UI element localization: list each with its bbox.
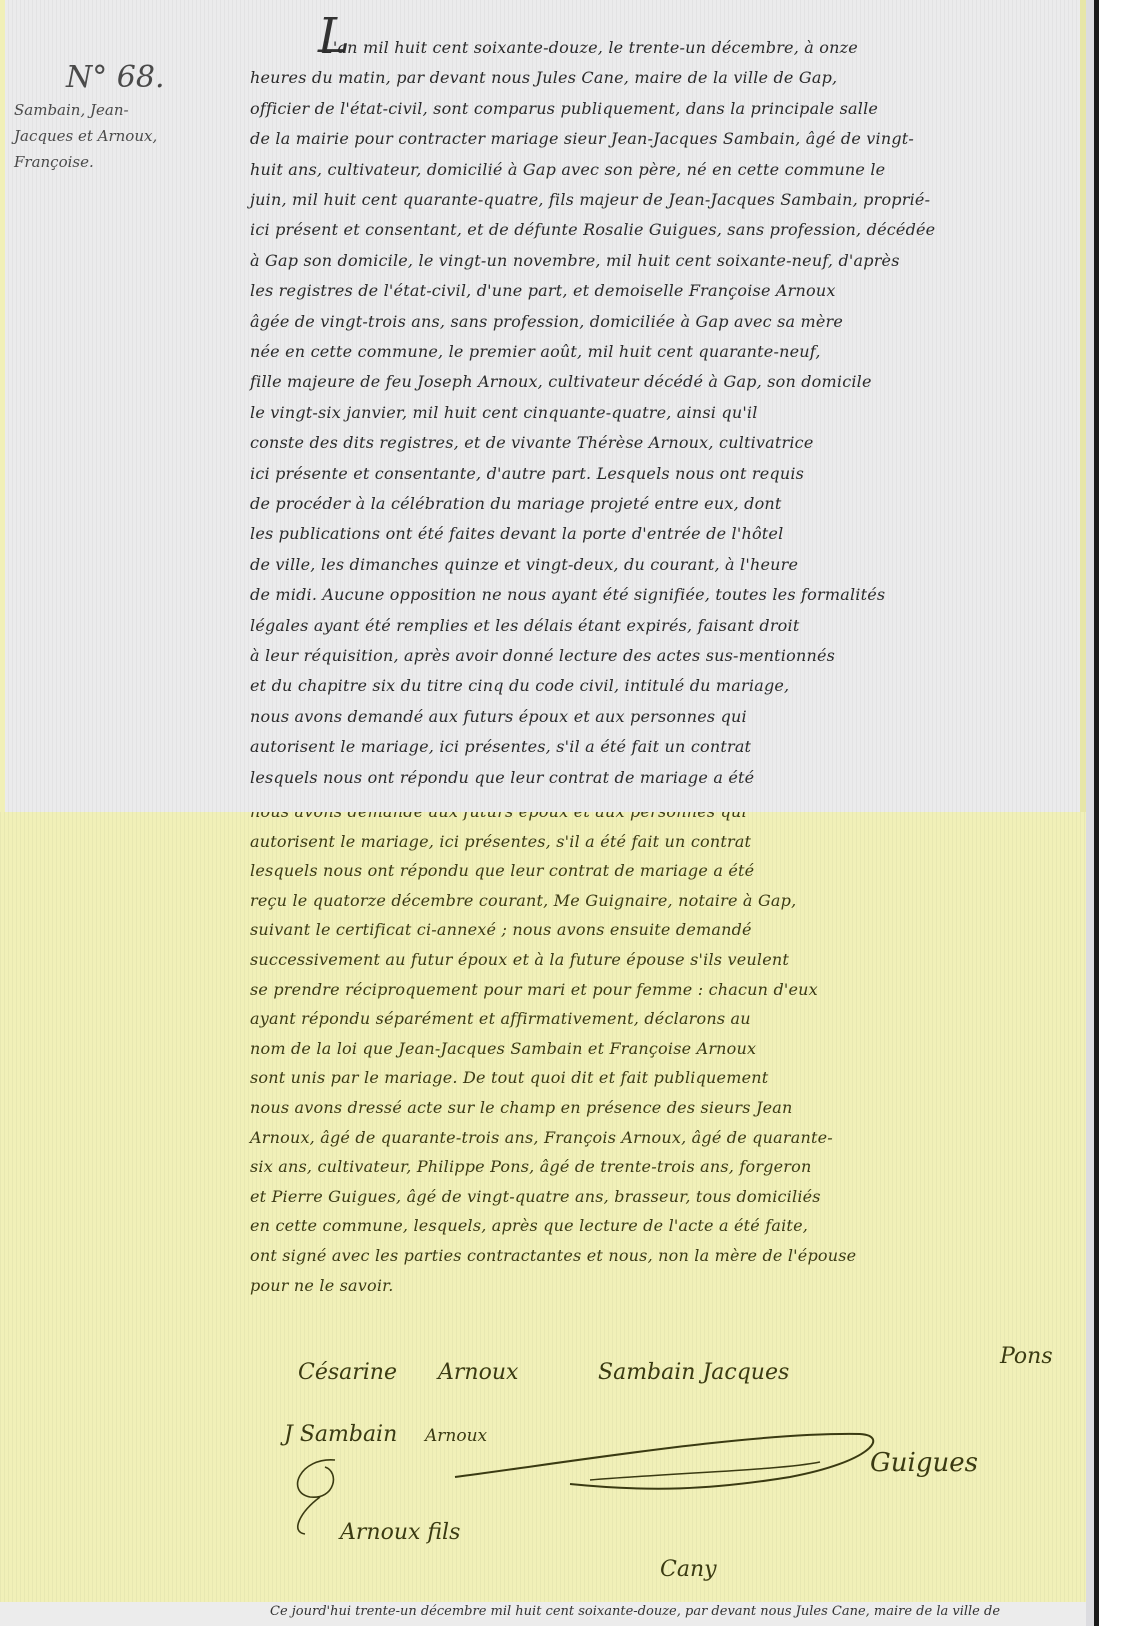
signature-cesarine: Césarine [298, 1360, 397, 1385]
next-record-strip: Ce jourd'hui trente-un décembre mil huit… [0, 1602, 1142, 1626]
handwritten-line: et du chapitre six du titre cinq du code… [250, 676, 789, 695]
handwritten-line: de midi. Aucune opposition ne nous ayant… [250, 585, 885, 604]
outer-background [1099, 0, 1142, 1626]
left-edge-tint [0, 0, 5, 812]
handwritten-line: reçu le quatorze décembre courant, Me Gu… [250, 891, 796, 910]
handwritten-line: née en cette commune, le premier août, m… [250, 342, 821, 361]
margin-names-line: Sambain, Jean- [14, 99, 224, 121]
handwritten-line: huit ans, cultivateur, domicilié à Gap a… [250, 160, 885, 179]
handwritten-line: se prendre réciproquement pour mari et p… [250, 980, 818, 999]
handwritten-line: heures du matin, par devant nous Jules C… [250, 68, 837, 87]
handwritten-line: à leur réquisition, après avoir donné le… [250, 646, 835, 665]
signature-sambain-jacques: Sambain Jacques [598, 1360, 789, 1385]
handwritten-line: les publications ont été faites devant l… [250, 524, 783, 543]
margin-names-line: Jacques et Arnoux, [14, 125, 224, 147]
handwritten-line: à Gap son domicile, le vingt-un novembre… [250, 251, 900, 270]
handwritten-line: officier de l'état-civil, sont comparus … [250, 99, 878, 118]
handwritten-line: légales ayant été remplies et les délais… [250, 616, 799, 635]
handwritten-line: juin, mil huit cent quarante-quatre, fil… [250, 190, 930, 209]
handwritten-line: autorisent le mariage, ici présentes, s'… [250, 832, 751, 851]
handwritten-line: ici présent et consentant, et de défunte… [250, 220, 935, 239]
handwritten-line: autorisent le mariage, ici présentes, s'… [250, 737, 751, 756]
handwritten-line: six ans, cultivateur, Philippe Pons, âgé… [250, 1157, 811, 1176]
yellow-scan-region: nous avons demandé aux futurs époux et a… [0, 812, 1142, 1602]
signature-cany: Cany [660, 1557, 717, 1582]
handwritten-line: nous avons dressé acte sur le champ en p… [250, 1098, 793, 1117]
handwritten-line: fille majeure de feu Joseph Arnoux, cult… [250, 372, 872, 391]
handwritten-line: L'an mil huit cent soixante-douze, le tr… [322, 38, 858, 57]
margin-names-line: Françoise. [14, 151, 224, 173]
handwritten-line: nom de la loi que Jean-Jacques Sambain e… [250, 1039, 756, 1058]
signature-arnoux-fils: Arnoux fils [340, 1520, 460, 1545]
signature-arnoux: Arnoux [438, 1360, 518, 1385]
handwritten-line: successivement au futur époux et à la fu… [250, 950, 789, 969]
handwritten-line: les registres de l'état-civil, d'une par… [250, 281, 836, 300]
handwritten-line: le vingt-six janvier, mil huit cent cinq… [250, 403, 758, 422]
handwritten-line: de la mairie pour contracter mariage sie… [250, 129, 914, 148]
handwritten-line: Arnoux, âgé de quarante-trois ans, Franç… [250, 1128, 833, 1147]
handwritten-line: lesquels nous ont répondu que leur contr… [250, 768, 754, 787]
handwritten-line: lesquels nous ont répondu que leur contr… [250, 861, 754, 880]
handwritten-line: sont unis par le mariage. De tout quoi d… [250, 1068, 768, 1087]
signature-j-sambain: J Sambain [284, 1422, 397, 1447]
grey-scan-region: L N° 68. Sambain, Jean- Jacques et Arnou… [0, 0, 1142, 812]
handwritten-line: ici présente et consentante, d'autre par… [250, 464, 804, 483]
mayor-flourish-icon [450, 1422, 890, 1502]
handwritten-line: âgée de vingt-trois ans, sans profession… [250, 312, 843, 331]
margin-annotation: N° 68. Sambain, Jean- Jacques et Arnoux,… [14, 60, 224, 173]
handwritten-line: et Pierre Guigues, âgé de vingt-quatre a… [250, 1187, 821, 1206]
handwritten-line: ont signé avec les parties contractantes… [250, 1246, 856, 1265]
handwritten-line: nous avons demandé aux futurs époux et a… [250, 812, 747, 821]
handwritten-line: en cette commune, lesquels, après que le… [250, 1216, 808, 1235]
handwritten-line: pour ne le savoir. [250, 1276, 394, 1295]
handwritten-line: conste des dits registres, et de vivante… [250, 433, 814, 452]
handwritten-line: ayant répondu séparément et affirmativem… [250, 1009, 751, 1028]
record-number: N° 68. [66, 60, 224, 95]
handwritten-line: de ville, les dimanches quinze et vingt-… [250, 555, 798, 574]
signature-pons: Pons [1000, 1344, 1053, 1369]
handwritten-line: suivant le certificat ci-annexé ; nous a… [250, 920, 752, 939]
next-record-first-line: Ce jourd'hui trente-un décembre mil huit… [270, 1604, 1000, 1619]
handwritten-line: de procéder à la célébration du mariage … [250, 494, 782, 513]
handwritten-line: nous avons demandé aux futurs époux et a… [250, 707, 747, 726]
